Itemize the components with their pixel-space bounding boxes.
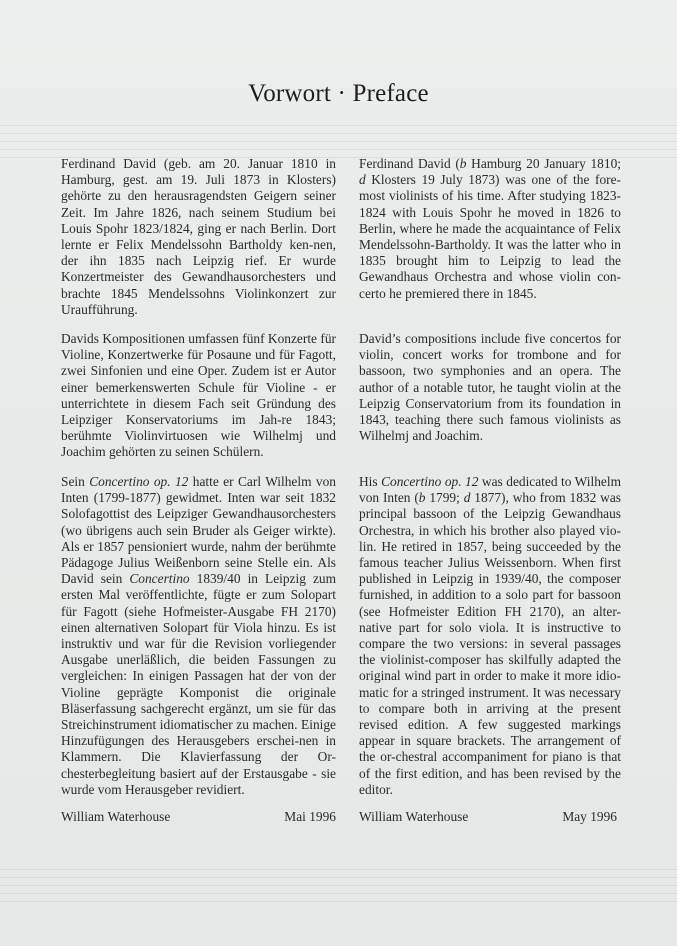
text-segment: 1799;	[425, 490, 463, 505]
text-segment: David’s compositions include five concer…	[359, 331, 621, 443]
english-paragraph-3: His Concertino op. 12 was dedicated to W…	[359, 474, 621, 798]
text-segment: Ferdinand David (geb. am 20. Januar 1810…	[61, 156, 336, 317]
page-title: Vorwort · Preface	[0, 80, 677, 108]
text-segment: Davids Kompositionen umfassen fünf Konze…	[61, 331, 336, 459]
page: Vorwort · Preface Ferdinand David (geb. …	[0, 0, 677, 946]
english-paragraph-2: David’s compositions include five concer…	[359, 331, 621, 444]
italic-text: b	[460, 156, 467, 171]
text-segment: His	[359, 474, 381, 489]
german-signature-date: Mai 1996	[284, 809, 336, 825]
italic-text: Concertino op. 12	[381, 474, 478, 489]
text-segment: Sein	[61, 474, 89, 489]
text-segment: Klosters 19 July 1873) was one of the fo…	[359, 172, 621, 300]
bleed-through-staff-bottom	[0, 862, 677, 902]
english-signature-date: May 1996	[562, 809, 617, 825]
text-segment: Hamburg 20 January 1810;	[467, 156, 622, 171]
text-segment: Ferdinand David (	[359, 156, 460, 171]
italic-text: d	[359, 172, 366, 187]
german-paragraph-3: Sein Concertino op. 12 hatte er Carl Wil…	[61, 474, 336, 798]
italic-text: Concertino	[129, 571, 189, 586]
text-segment: hatte er Carl Wilhelm von Inten (1799-18…	[61, 474, 336, 586]
german-signature-author: William Waterhouse	[61, 809, 170, 825]
english-signature-author: William Waterhouse	[359, 809, 468, 825]
text-segment: 1839/40 in Leipzig zum ersten Mal veröff…	[61, 571, 336, 797]
german-paragraph-2: Davids Kompositionen umfassen fünf Konze…	[61, 331, 336, 461]
english-signature: William Waterhouse May 1996	[359, 809, 617, 825]
text-segment: 1877), who from 1832 was principal basso…	[359, 490, 621, 797]
italic-text: Concertino op. 12	[89, 474, 188, 489]
german-paragraph-1: Ferdinand David (geb. am 20. Januar 1810…	[61, 156, 336, 318]
german-signature: William Waterhouse Mai 1996	[61, 809, 336, 825]
english-paragraph-1: Ferdinand David (b Hamburg 20 January 18…	[359, 156, 621, 302]
